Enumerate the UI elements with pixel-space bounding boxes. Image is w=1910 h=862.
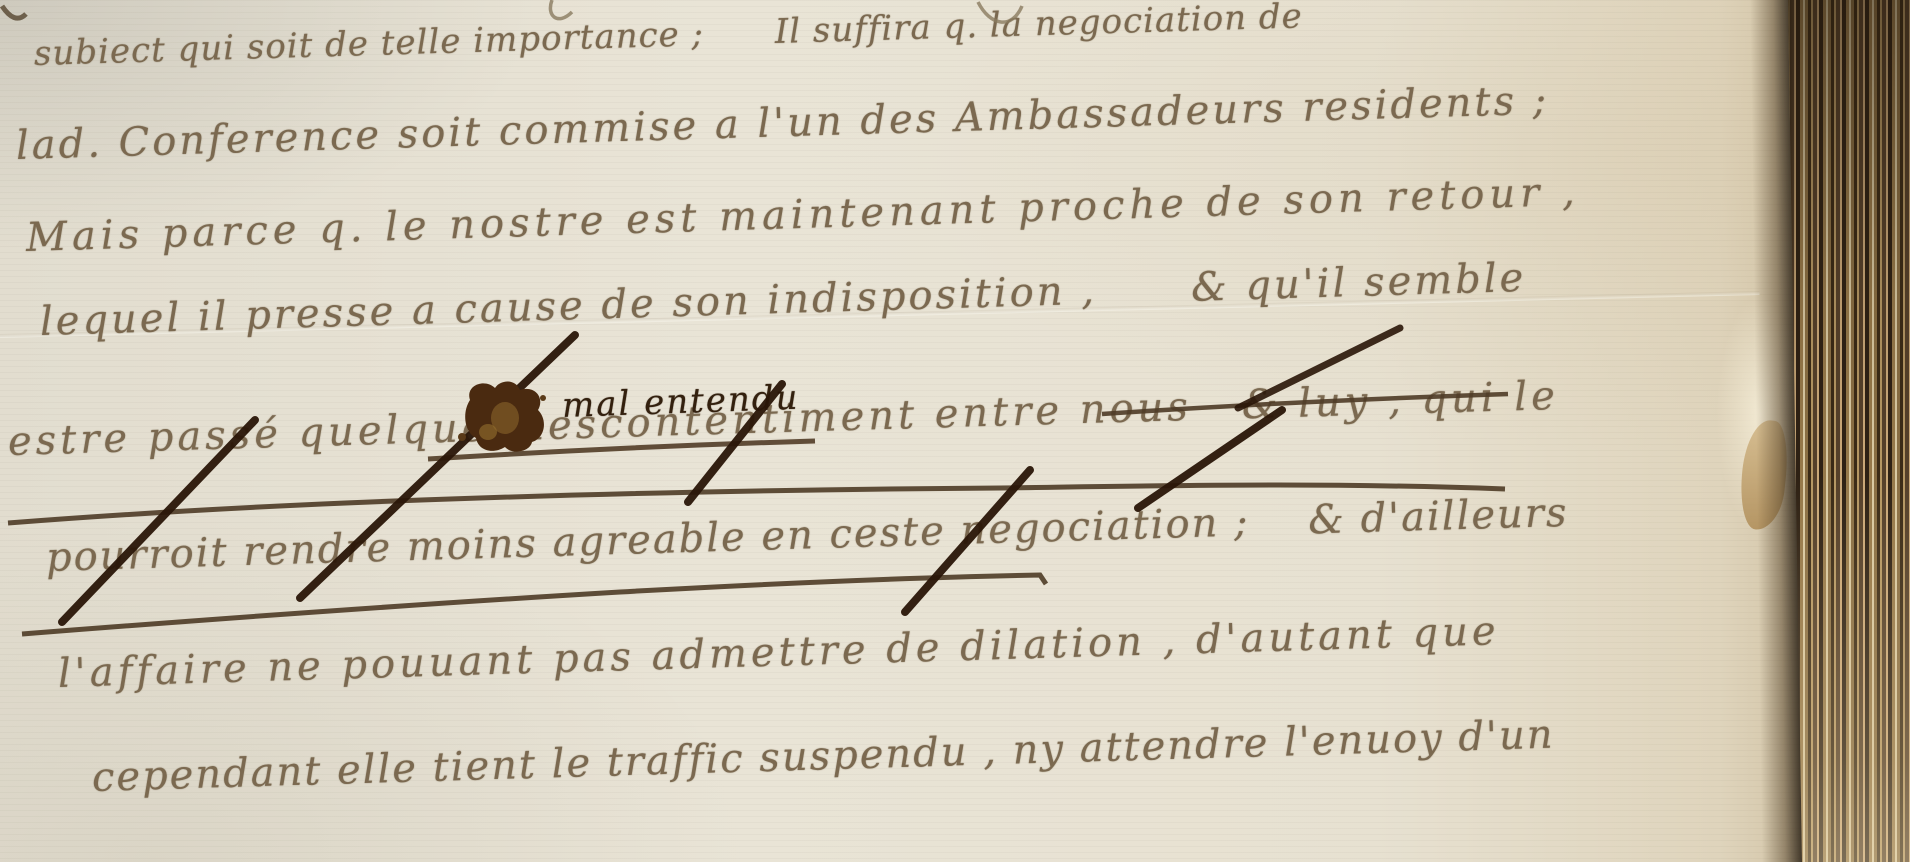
manuscript-photo: subiect qui soit de telle importance ; I… (0, 0, 1910, 862)
interlinear-correction: mal entendu (561, 378, 800, 426)
